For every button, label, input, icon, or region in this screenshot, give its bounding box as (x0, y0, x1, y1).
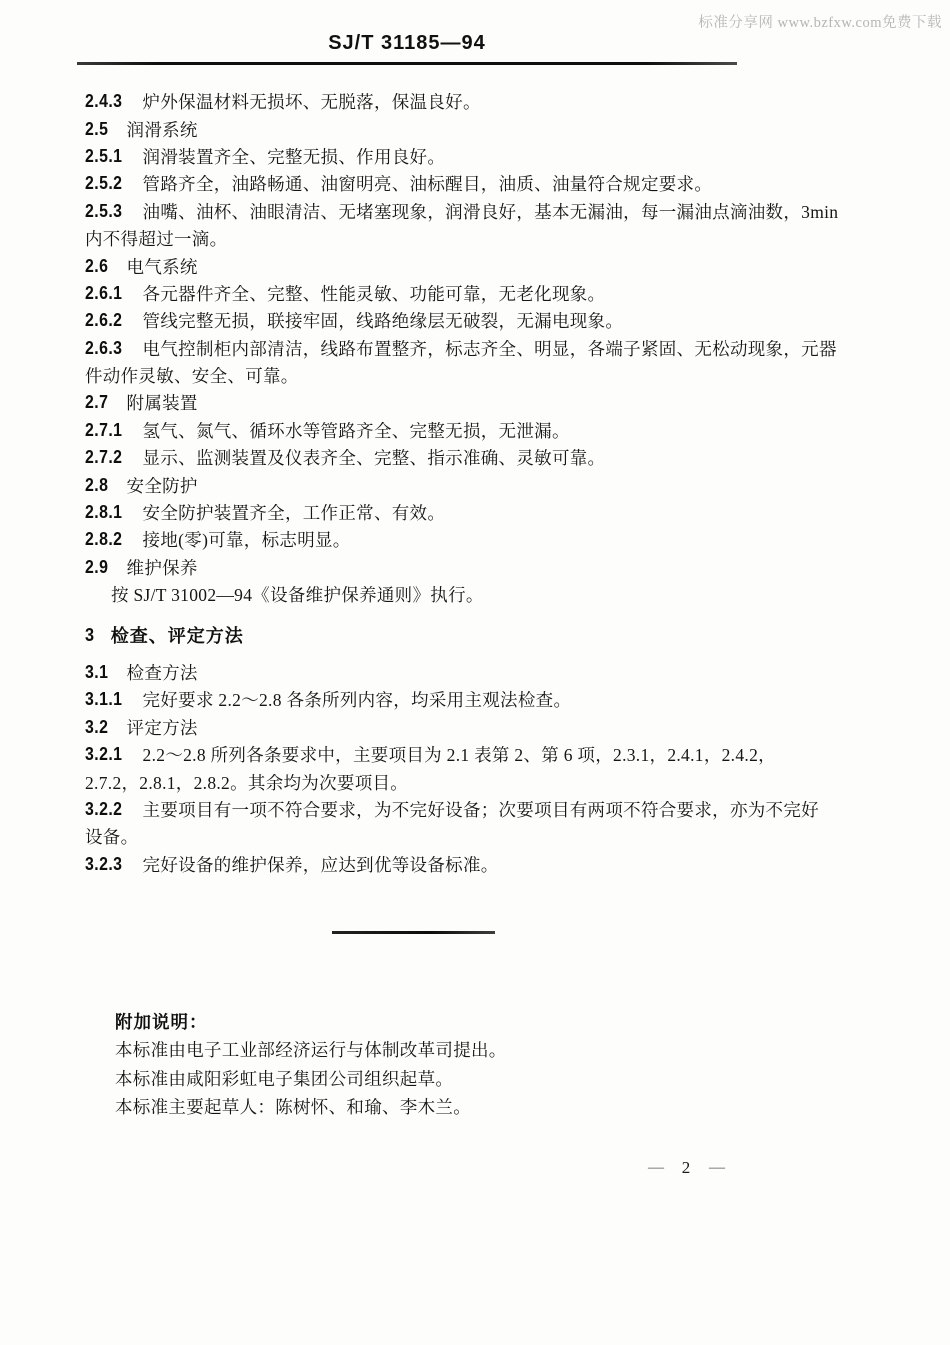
clause-number: 2.9 (85, 557, 108, 578)
clause-line: 2.8.1 安全防护装置齐全，工作正常、有效。 (85, 499, 785, 526)
clause-number: 2.6.2 (85, 310, 122, 331)
addendum-lines: 本标准由电子工业部经济运行与体制改革司提出。本标准由咸阳彩虹电子集团公司组织起草… (115, 1036, 735, 1122)
clause-line: 按 SJ/T 31002—94《设备维护保养通则》执行。 (85, 581, 785, 608)
clause-number: 2.7 (85, 392, 108, 413)
clause-text: 评定方法 (127, 715, 198, 740)
clause-number: 3.1 (85, 662, 108, 683)
header-rule (77, 62, 737, 65)
clause-text: 接地(零)可靠，标志明显。 (143, 527, 351, 552)
clause-text: 2.2～2.8 所列各条要求中，主要项目为 2.1 表第 2、第 6 项，2.3… (143, 742, 776, 767)
clause-line: 内不得超过一滴。 (85, 225, 785, 252)
clause-text: 安全防护装置齐全，工作正常、有效。 (143, 500, 446, 525)
clause-line: 2.4.3 炉外保温材料无损坏、无脱落，保温良好。 (85, 88, 785, 115)
clause-text: 维护保养 (127, 555, 198, 580)
section-divider (332, 931, 495, 934)
clause-text: 2.7.2，2.8.1，2.8.2。其余均为次要项目。 (85, 770, 408, 795)
clause-text: 显示、监测装置及仪表齐全、完整、指示准确、灵敏可靠。 (143, 445, 606, 470)
clause-text: 主要项目有一项不符合要求，为不完好设备；次要项目有两项不符合要求，亦为不完好 (143, 797, 819, 822)
clause-text: 附属装置 (127, 390, 198, 415)
clause-number: 2.6 (85, 256, 108, 277)
clause-line: 2.9 维护保养 (85, 554, 785, 581)
clause-line: 2.7.2 显示、监测装置及仪表齐全、完整、指示准确、灵敏可靠。 (85, 444, 785, 471)
clause-number: 2.8.1 (85, 502, 122, 523)
clause-text: 油嘴、油杯、油眼清洁、无堵塞现象，润滑良好，基本无漏油，每一漏油点滴油数，3mi… (143, 199, 839, 224)
clause-text: 设备。 (85, 824, 138, 849)
clause-line: 设备。 (85, 823, 785, 850)
clause-text: 按 SJ/T 31002—94《设备维护保养通则》执行。 (111, 582, 484, 607)
clause-text: 氢气、氮气、循环水等管路齐全、完整无损，无泄漏。 (143, 418, 570, 443)
clause-line: 2.5.1 润滑装置齐全、完整无损、作用良好。 (85, 143, 785, 170)
clause-number: 3.1.1 (85, 689, 122, 710)
clause-text: 完好设备的维护保养，应达到优等设备标准。 (143, 852, 499, 877)
clause-line: 2.8 安全防护 (85, 471, 785, 498)
clause-line: 3 检查、评定方法 (85, 621, 785, 648)
clause-line: 2.7 附属装置 (85, 389, 785, 416)
addendum-title: 附加说明： (115, 1007, 735, 1036)
addendum-line: 本标准由电子工业部经济运行与体制改革司提出。 (115, 1036, 735, 1065)
clause-text: 电气系统 (127, 254, 198, 279)
clause-line: 件动作灵敏、安全、可靠。 (85, 362, 785, 389)
clause-text: 管路齐全，油路畅通、油窗明亮、油标醒目，油质、油量符合规定要求。 (143, 171, 713, 196)
clause-number: 3.2.1 (85, 744, 122, 765)
clause-number: 2.5 (85, 119, 108, 140)
clause-text: 完好要求 2.2～2.8 各条所列内容，均采用主观法检查。 (143, 687, 572, 712)
clause-line: 3.2.1 2.2～2.8 所列各条要求中，主要项目为 2.1 表第 2、第 6… (85, 741, 785, 768)
clause-number: 2.5.1 (85, 146, 122, 167)
clause-line: 2.8.2 接地(零)可靠，标志明显。 (85, 526, 785, 553)
clause-text: 炉外保温材料无损坏、无脱落，保温良好。 (143, 89, 481, 114)
page-number: 2 (682, 1158, 691, 1178)
clause-line: 2.5 润滑系统 (85, 115, 785, 142)
clause-line: 2.7.2，2.8.1，2.8.2。其余均为次要项目。 (85, 768, 785, 795)
clause-number: 2.7.1 (85, 420, 122, 441)
clause-line: 2.5.2 管路齐全，油路畅通、油窗明亮、油标醒目，油质、油量符合规定要求。 (85, 170, 785, 197)
clause-number: 2.7.2 (85, 447, 122, 468)
standard-number: SJ/T 31185—94 (77, 32, 737, 55)
clause-number: 3.2 (85, 717, 108, 738)
clause-line: 2.6.2 管线完整无损，联接牢固，线路绝缘层无破裂，无漏电现象。 (85, 307, 785, 334)
clause-line: 3.2.2 主要项目有一项不符合要求，为不完好设备；次要项目有两项不符合要求，亦… (85, 796, 785, 823)
clause-line: 3.2.3 完好设备的维护保养，应达到优等设备标准。 (85, 851, 785, 878)
clause-number: 2.4.3 (85, 91, 122, 112)
addendum-line: 本标准主要起草人：陈树怀、和瑜、李木兰。 (115, 1093, 735, 1122)
clause-line: 2.6 电气系统 (85, 252, 785, 279)
clause-line: 2.5.3 油嘴、油杯、油眼清洁、无堵塞现象，润滑良好，基本无漏油，每一漏油点滴… (85, 198, 785, 225)
clause-text: 管线完整无损，联接牢固，线路绝缘层无破裂，无漏电现象。 (143, 308, 624, 333)
clause-text: 件动作灵敏、安全、可靠。 (85, 363, 299, 388)
footer-dash-right: — (709, 1159, 724, 1177)
clause-text: 内不得超过一滴。 (85, 226, 227, 251)
clause-text: 润滑系统 (127, 117, 198, 142)
clause-number: 2.6.3 (85, 338, 122, 359)
clause-number: 3.2.3 (85, 854, 122, 875)
page-footer: — 2 — (648, 1158, 724, 1178)
clause-number: 2.8.2 (85, 529, 122, 550)
clause-number: 2.5.3 (85, 201, 122, 222)
clause-number: 3.2.2 (85, 799, 122, 820)
clause-line: 2.7.1 氢气、氮气、循环水等管路齐全、完整无损，无泄漏。 (85, 417, 785, 444)
clause-line: 3.1.1 完好要求 2.2～2.8 各条所列内容，均采用主观法检查。 (85, 686, 785, 713)
clause-text: 检查方法 (127, 660, 198, 685)
clause-text: 电气控制柜内部清洁，线路布置整齐，标志齐全、明显，各端子紧固、无松动现象，元器 (143, 336, 837, 361)
document-page: 标准分享网 www.bzfxw.com免费下载 SJ/T 31185—94 2.… (0, 0, 950, 1345)
clause-line: 3.2 评定方法 (85, 714, 785, 741)
document-body: 2.4.3 炉外保温材料无损坏、无脱落，保温良好。 2.5 润滑系统 2.5.1… (85, 88, 785, 878)
clause-number: 2.5.2 (85, 173, 122, 194)
watermark-text: 标准分享网 www.bzfxw.com免费下载 (698, 11, 942, 32)
clause-number: 2.6.1 (85, 283, 122, 304)
clause-line: 2.6.1 各元器件齐全、完整、性能灵敏、功能可靠，无老化现象。 (85, 280, 785, 307)
clause-text: 润滑装置齐全、完整无损、作用良好。 (143, 144, 446, 169)
addendum-block: 附加说明： 本标准由电子工业部经济运行与体制改革司提出。本标准由咸阳彩虹电子集团… (115, 1007, 735, 1121)
addendum-line: 本标准由咸阳彩虹电子集团公司组织起草。 (115, 1064, 735, 1093)
clause-text: 各元器件齐全、完整、性能灵敏、功能可靠，无老化现象。 (143, 281, 606, 306)
footer-dash-left: — (648, 1159, 663, 1177)
clause-line: 3.1 检查方法 (85, 659, 785, 686)
clause-text: 安全防护 (127, 473, 198, 498)
clause-number: 2.8 (85, 475, 108, 496)
clause-number: 3 (85, 624, 95, 646)
clause-text: 检查、评定方法 (111, 622, 244, 648)
clause-line: 2.6.3 电气控制柜内部清洁，线路布置整齐，标志齐全、明显，各端子紧固、无松动… (85, 335, 785, 362)
